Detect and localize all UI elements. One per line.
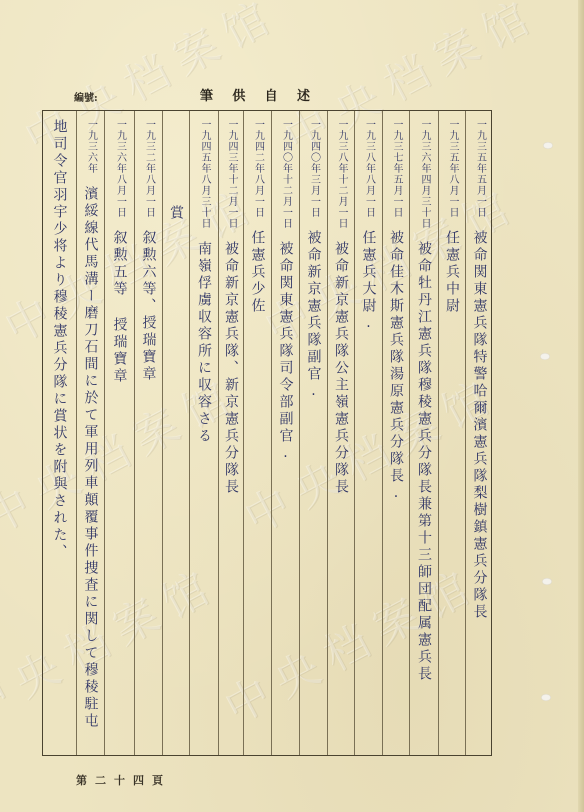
- entry-text: 賞: [168, 205, 184, 222]
- entry-text: 被命新京憲兵隊、新京憲兵分隊長: [223, 241, 239, 496]
- table-column: 一九三六年 濱綏線代馬溝ー磨刀石間に於て軍用列車顛覆事件捜査に関して穆稜駐屯: [76, 111, 104, 755]
- punch-hole: [543, 142, 553, 149]
- column-text: 一九四五年八月三十日 南嶺俘虜収容所に収容さる: [197, 119, 211, 445]
- table-column: 一九四〇年三月一日 被命新京憲兵隊副官.: [299, 111, 327, 755]
- column-text: 一九四〇年三月一日 被命新京憲兵隊副官.: [307, 119, 321, 402]
- table-column: 一九四〇年十二月一日 被命関東憲兵隊司令部副官.: [271, 111, 299, 755]
- entry-date: 一九四五年八月三十日: [199, 119, 210, 241]
- column-text: 一九三六年 濱綏線代馬溝ー磨刀石間に於て軍用列車顛覆事件捜査に関して穆稜駐屯: [84, 119, 98, 730]
- table-column: 地司令官羽宇少将より穆稜憲兵分隊に賞状を附與された、: [43, 111, 76, 755]
- table-column: 一九四三年十二月一日 被命新京憲兵隊、新京憲兵分隊長: [218, 111, 243, 755]
- page-number: 第二十四頁: [76, 772, 171, 788]
- title-char: 筆: [200, 85, 213, 104]
- entry-date: 一九三七年五月一日: [391, 119, 402, 230]
- entry-text: 任憲兵中尉: [444, 230, 460, 315]
- entry-text: 被命佳木斯憲兵隊湯原憲兵分隊長.: [388, 230, 404, 504]
- column-text: 一九三五年五月一日 被命関東憲兵隊特警哈爾濱憲兵隊梨樹鎮憲兵分隊長: [473, 119, 487, 621]
- column-text: 一九三二年八月一日 叙勲六等、授瑞寶章: [142, 119, 156, 383]
- table-column: 一九三八年八月一日 任憲兵大尉.: [354, 111, 382, 755]
- entry-date: 一九四〇年三月一日: [309, 119, 320, 230]
- table-column: 賞: [162, 111, 189, 755]
- column-text: 賞: [169, 205, 183, 222]
- page-title: 筆 供 自 述: [200, 85, 310, 104]
- table-column: 一九三七年五月一日 被命佳木斯憲兵隊湯原憲兵分隊長.: [382, 111, 409, 755]
- page-edge: [578, 0, 584, 812]
- entry-date: 一九四三年十二月一日: [226, 119, 237, 241]
- entry-text: 被命関東憲兵隊司令部副官.: [278, 241, 294, 464]
- entry-text: 叙勲五等 授瑞寶章: [112, 230, 128, 385]
- title-char: 述: [297, 85, 310, 104]
- entry-text: 叙勲六等、授瑞寶章: [141, 230, 157, 383]
- punch-hole: [542, 578, 552, 585]
- table-column: 一九三六年四月三十日 被命牡丹江憲兵隊穆稜憲兵分隊長兼第十三師団配属憲兵長: [409, 111, 438, 755]
- column-text: 一九三五年八月一日 任憲兵中尉: [445, 119, 459, 315]
- entry-date: 一九三六年四月三十日: [419, 119, 430, 241]
- entry-text: 被命牡丹江憲兵隊穆稜憲兵分隊長兼第十三師団配属憲兵長: [416, 241, 432, 683]
- entry-text: 任憲兵少佐: [250, 230, 266, 315]
- column-text: 一九三八年八月一日 任憲兵大尉.: [362, 119, 376, 334]
- entry-date: 一九三六年八月一日: [115, 119, 126, 230]
- entry-date: 一九三五年五月一日: [475, 119, 486, 230]
- entry-text: 地司令官羽宇少将より穆稜憲兵分隊に賞状を附與された、: [52, 119, 68, 561]
- table-column: 一九四二年八月一日 任憲兵少佐: [243, 111, 271, 755]
- table-column: 一九三八年十二月一日 被命新京憲兵隊公主嶺憲兵分隊長: [327, 111, 354, 755]
- title-char: 自: [265, 85, 278, 104]
- column-text: 一九三六年八月一日 叙勲五等 授瑞寶章: [113, 119, 127, 385]
- table-column: 一九三五年五月一日 被命関東憲兵隊特警哈爾濱憲兵隊梨樹鎮憲兵分隊長: [465, 111, 493, 755]
- entry-text: 任憲兵大尉.: [361, 230, 377, 334]
- document-number-label: 編號:: [74, 89, 98, 104]
- punch-hole: [541, 694, 551, 701]
- entry-date: 一九三八年八月一日: [364, 119, 375, 230]
- document-page: 中央档案馆 中央档案馆 中央档案馆 中央档案馆 中央档案馆 中央档案馆 中央档案…: [0, 0, 584, 812]
- ruled-table: 一九三五年五月一日 被命関東憲兵隊特警哈爾濱憲兵隊梨樹鎮憲兵分隊長一九三五年八月…: [42, 110, 492, 756]
- column-text: 一九三八年十二月一日 被命新京憲兵隊公主嶺憲兵分隊長: [334, 119, 348, 496]
- table-column: 一九三五年八月一日 任憲兵中尉: [438, 111, 465, 755]
- entry-text: 南嶺俘虜収容所に収容さる: [196, 241, 212, 445]
- entry-date: 一九四〇年十二月一日: [281, 119, 292, 241]
- entry-text: 被命新京憲兵隊副官.: [306, 230, 322, 402]
- table-column: 一九三二年八月一日 叙勲六等、授瑞寶章: [134, 111, 162, 755]
- entry-text: 濱綏線代馬溝ー磨刀石間に於て軍用列車顛覆事件捜査に関して穆稜駐屯: [83, 186, 99, 730]
- table-column: 一九三六年八月一日 叙勲五等 授瑞寶章: [104, 111, 134, 755]
- entry-date: 一九三八年十二月一日: [336, 119, 347, 241]
- column-text: 一九四二年八月一日 任憲兵少佐: [251, 119, 265, 315]
- entry-text: 被命関東憲兵隊特警哈爾濱憲兵隊梨樹鎮憲兵分隊長: [472, 230, 488, 621]
- entry-date: 一九四二年八月一日: [253, 119, 264, 230]
- punch-hole: [540, 353, 550, 360]
- column-text: 一九三六年四月三十日 被命牡丹江憲兵隊穆稜憲兵分隊長兼第十三師団配属憲兵長: [417, 119, 431, 683]
- title-char: 供: [232, 85, 245, 104]
- entry-text: 被命新京憲兵隊公主嶺憲兵分隊長: [333, 241, 349, 496]
- entry-date: 一九三六年: [86, 119, 97, 186]
- table-column: 一九四五年八月三十日 南嶺俘虜収容所に収容さる: [189, 111, 218, 755]
- entry-date: 一九三五年八月一日: [447, 119, 458, 230]
- column-text: 一九四三年十二月一日 被命新京憲兵隊、新京憲兵分隊長: [224, 119, 238, 496]
- entry-date: 一九三二年八月一日: [144, 119, 155, 230]
- column-text: 一九三七年五月一日 被命佳木斯憲兵隊湯原憲兵分隊長.: [389, 119, 403, 504]
- column-text: 地司令官羽宇少将より穆稜憲兵分隊に賞状を附與された、: [53, 119, 67, 561]
- column-text: 一九四〇年十二月一日 被命関東憲兵隊司令部副官.: [279, 119, 293, 464]
